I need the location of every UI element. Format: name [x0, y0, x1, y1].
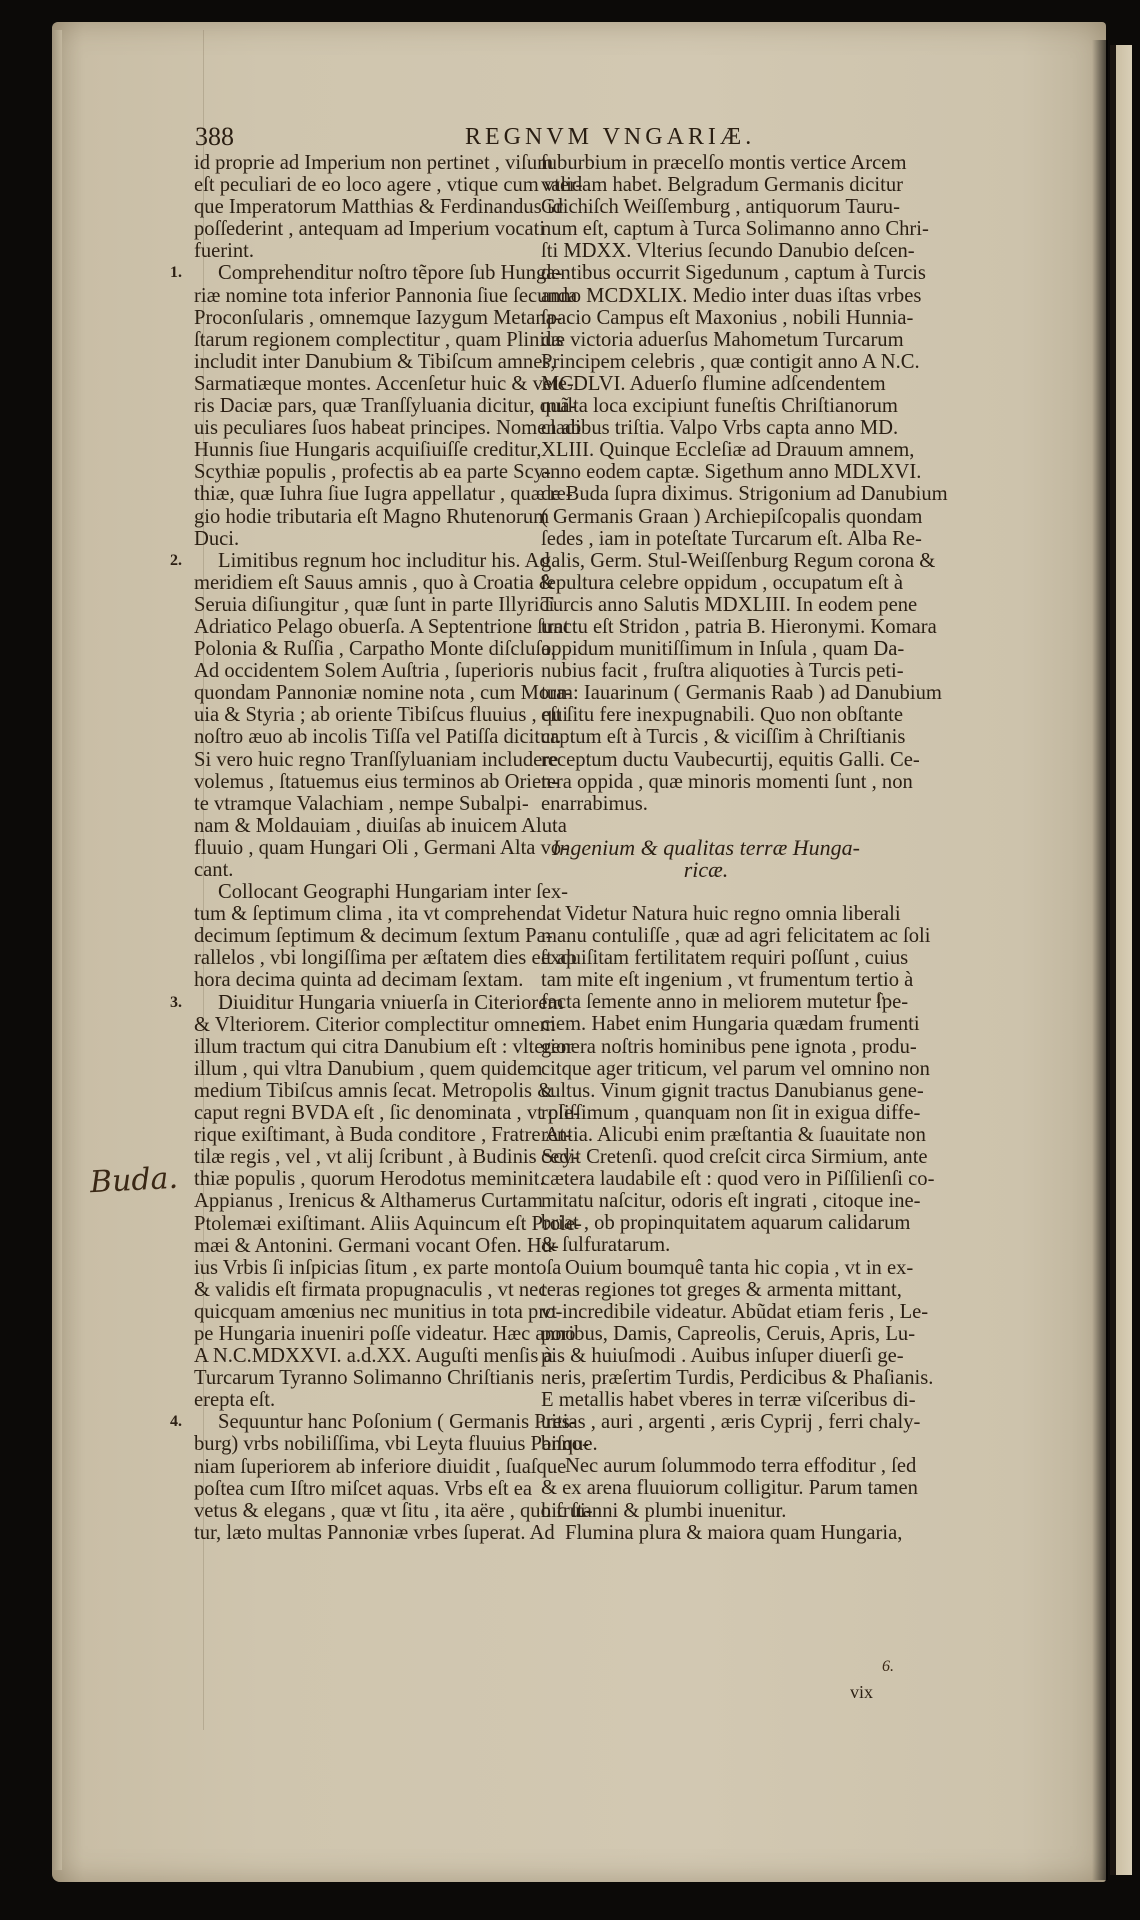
text-line: ciem. Habet enim Hungaria quædam frument…: [541, 1013, 871, 1035]
text-line: Hunnis ſiue Hungaris acquiſiuiſſe credit…: [194, 439, 516, 461]
text-line: rallelos , vbi longiſſima per æſtatem di…: [194, 947, 516, 969]
text-line: quicquam amœnius nec munitius in tota pr…: [194, 1301, 516, 1323]
text-line: Flumina plura & maiora quam Hungaria,: [541, 1522, 871, 1544]
text-line: Turcarum Tyranno Solimanno Chriſtianis: [194, 1367, 516, 1389]
text-line: anno eodem captæ. Sigethum anno MDLXVI.: [541, 461, 871, 483]
text-line: Ad occidentem Solem Auſtria , ſuperioris: [194, 660, 516, 682]
gutter-shadow: [1092, 40, 1108, 1880]
text-line: illum , qui vltra Danubium , quem quidem: [194, 1058, 516, 1080]
text-line: XLIII. Quinque Eccleſiæ ad Drauum amnem,: [541, 439, 871, 461]
text-line: mæi & Antonini. Germani vocant Ofen. Hu-: [194, 1235, 516, 1257]
paragraph-number: 3.: [170, 992, 182, 1014]
text-line: gio hodie tributaria eſt Magno Rhutenoru…: [194, 506, 516, 528]
text-line: tur, læto multas Pannoniæ vrbes ſuperat.…: [194, 1522, 516, 1544]
text-line: anno MCDXLIX. Medio inter duas iſtas vrb…: [541, 285, 871, 307]
text-line: & ex arena fluuiorum colligitur. Parum t…: [541, 1477, 871, 1499]
text-line: ius Vrbis ſi inſpicias ſitum , ex parte …: [194, 1257, 516, 1279]
text-line: E metallis habet vberes in terræ viſceri…: [541, 1389, 871, 1411]
text-line: eſt ſitu fere inexpugnabili. Quo non obſ…: [541, 704, 871, 726]
text-line: thiæ populis , quorum Herodotus meminit.: [194, 1168, 516, 1190]
text-line: poribus, Damis, Capreolis, Ceruis, Apris…: [541, 1323, 871, 1345]
text-line: tractu eſt Stridon , patria B. Hieronymi…: [541, 616, 871, 638]
text-line: validam habet. Belgradum Germanis dicitu…: [541, 174, 871, 196]
page-edge: [52, 30, 62, 1870]
text-line: galis, Germ. Stul-Weiſſenburg Regum coro…: [541, 550, 871, 572]
running-title: REGNVM VNGARIÆ.: [465, 124, 755, 151]
text-line: multa loca excipiunt funeſtis Chriſtiano…: [541, 395, 871, 417]
text-line: nam & Moldauiam , diuiſas ab inuicem Alu…: [194, 815, 516, 837]
text-line: A N.C.MDXXVI. a.d.XX. Auguſti menſis à: [194, 1345, 516, 1367]
text-line: Scythiæ populis , profectis ab ea parte …: [194, 461, 516, 483]
signature-mark: 6.: [882, 1658, 894, 1676]
text-line: cladibus triſtia. Valpo Vrbs capta anno …: [541, 417, 871, 439]
text-line: manu contuliſſe , quæ ad agri felicitate…: [541, 925, 871, 947]
paragraph-number: 2.: [170, 550, 182, 572]
text-line: Sequuntur hanc Poſonium ( Germanis Pres-: [194, 1411, 516, 1433]
text-line: Appianus , Irenicus & Althamerus Curtam: [194, 1190, 516, 1212]
text-line: pis & huiuſmodi . Auibus inſuper diuerſi…: [541, 1345, 871, 1367]
page-number: 388: [195, 122, 234, 152]
text-line: rique exiſtimant, à Buda conditore , Fra…: [194, 1124, 516, 1146]
text-line: roſiſſimum , quanquam non ſit in exigua …: [541, 1102, 871, 1124]
text-line: vt incredibile videatur. Abũdat etiam fe…: [541, 1301, 871, 1323]
text-line: cultus. Vinum gignit tractus Danubianus …: [541, 1080, 871, 1102]
text-line: tilæ regis , vel , vt alij ſcribunt , à …: [194, 1146, 516, 1168]
text-line: fuerint.: [194, 240, 516, 262]
text-line: tum: Iauarinum ( Germanis Raab ) ad Danu…: [541, 682, 871, 704]
text-line: Duci.: [194, 528, 516, 550]
text-line: Sarmatiæque montes. Accenſetur huic & ve…: [194, 373, 516, 395]
paragraph-number: 4.: [170, 1411, 182, 1433]
text-line: Si vero huic regno Tranſſyluaniam includ…: [194, 749, 516, 771]
text-line: teras regiones tot greges & armenta mitt…: [541, 1279, 871, 1301]
text-line: eſt peculiari de eo loco agere , vtique …: [194, 174, 516, 196]
text-line: tum & ſeptimum clima , ita vt comprehend…: [194, 903, 516, 925]
text-line: neris, præſertim Turdis, Perdicibus & Ph…: [541, 1367, 871, 1389]
text-line: num eſt, captum à Turca Solimanno anno C…: [541, 218, 871, 240]
text-line: dæ victoria aduerſus Mahometum Turcarum: [541, 329, 871, 351]
text-line: Collocant Geographi Hungariam inter ſex-: [194, 881, 516, 903]
text-line: nubius facit , fruſtra aliquoties à Turc…: [541, 660, 871, 682]
text-line: Principem celebris , quæ contigit anno A…: [541, 351, 871, 373]
text-line: captum eſt à Turcis , & viciſſim à Chriſ…: [541, 726, 871, 748]
text-line: cedit Cretenſi. quod creſcit circa Sirmi…: [541, 1146, 871, 1168]
right-column: ſuburbium in præcelſo montis vertice Arc…: [541, 152, 871, 1544]
text-line: uitias , auri , argenti , æris Cyprij , …: [541, 1411, 871, 1433]
paragraph-number: 1.: [170, 262, 182, 284]
text-line: cætera laudabile eſt : quod vero in Piſſ…: [541, 1168, 871, 1190]
text-line: Comprehenditur noſtro tẽpore ſub Hunga-: [194, 262, 516, 284]
text-line: ſedes , iam in poteſtate Turcarum eſt. A…: [541, 528, 871, 550]
section-heading: ricæ.: [541, 859, 871, 881]
text-line: MCDLVI. Aduerſo flumine adſcendentem: [541, 373, 871, 395]
text-line: hora decima quinta ad decimam ſextam.: [194, 969, 516, 991]
text-line: genera noſtris hominibus pene ignota , p…: [541, 1036, 871, 1058]
text-line: medium Tibiſcus amnis ſecat. Metropolis …: [194, 1080, 516, 1102]
text-line: caput regni BVDA eſt , ſic denominata , …: [194, 1102, 516, 1124]
text-line: Proconſularis , omnemque Iazygum Metana-: [194, 307, 516, 329]
text-line: uia & Styria ; ab oriente Tibiſcus fluui…: [194, 704, 516, 726]
text-line: poſſederint , antequam ad Imperium vocat…: [194, 218, 516, 240]
text-line: enarrabimus.: [541, 793, 871, 815]
text-line: hic ſtanni & plumbi inuenitur.: [541, 1500, 871, 1522]
text-line: Turcis anno Salutis MDXLIII. In eodem pe…: [541, 594, 871, 616]
text-line: exquiſitam fertilitatem requiri poſſunt …: [541, 947, 871, 969]
text-line: Videtur Natura huic regno omnia liberali: [541, 903, 871, 925]
text-line: ris Daciæ pars, quæ Tranſſyluania dicitu…: [194, 395, 516, 417]
text-line: mitatu naſcitur, odoris eſt ingrati , ci…: [541, 1190, 871, 1212]
text-line: id proprie ad Imperium non pertinet , vi…: [194, 152, 516, 174]
text-line: fluuio , quam Hungari Oli , Germani Alta…: [194, 837, 516, 859]
text-line: dentibus occurrit Sigedunum , captum à T…: [541, 262, 871, 284]
page-header: 388 REGNVM VNGARIÆ.: [195, 122, 885, 154]
text-line: poſtea cum Iſtro miſcet aquas. Vrbs eſt …: [194, 1478, 516, 1500]
text-line: oppidum munitiſſimum in Inſula , quam Da…: [541, 638, 871, 660]
text-line: ſtarum regionem complectitur , quam Plin…: [194, 329, 516, 351]
left-column: id proprie ad Imperium non pertinet , vi…: [194, 152, 516, 1544]
text-line: que Imperatorum Matthias & Ferdinandus i…: [194, 196, 516, 218]
next-page-edge: [1110, 45, 1132, 1875]
text-line: tam mite eſt ingenium , vt frumentum ter…: [541, 969, 871, 991]
text-line: receptum ductu Vaubecurtij, equitis Gall…: [541, 749, 871, 771]
text-line: pe Hungaria inueniri poſſe videatur. Hæc…: [194, 1323, 516, 1345]
text-line: meridiem eſt Sauus amnis , quo à Croatia…: [194, 572, 516, 594]
text-line: riæ nomine tota inferior Pannonia ſiue ſ…: [194, 285, 516, 307]
handwritten-margin-note: Buda.: [89, 1161, 179, 1201]
text-line: volemus , ſtatuemus eius terminos ab Ori…: [194, 771, 516, 793]
text-line: Seruia diſiungitur , quæ ſunt in parte I…: [194, 594, 516, 616]
text-line: illum tractum qui citra Danubium eſt : v…: [194, 1036, 516, 1058]
text-line: te vtramque Valachiam , nempe Subalpi-: [194, 793, 516, 815]
text-line: Ptolemæi exiſtimant. Aliis Aquincum eſt …: [194, 1213, 516, 1235]
text-line: includit inter Danubium & Tibiſcum amnes…: [194, 351, 516, 373]
text-line: de Buda ſupra diximus. Strigonium ad Dan…: [541, 483, 871, 505]
text-line: ( Germanis Graan ) Archiepiſcopalis quon…: [541, 506, 871, 528]
text-line: burg) vrbs nobiliſſima, vbi Leyta fluuiu…: [194, 1433, 516, 1455]
text-line: Adriatico Pelago obuerſa. A Septentrione…: [194, 616, 516, 638]
text-line: thiæ, quæ Iuhra ſiue Iugra appellatur , …: [194, 483, 516, 505]
text-line: ſepultura celebre oppidum , occupatum eſ…: [541, 572, 871, 594]
text-line: biſque.: [541, 1433, 871, 1455]
text-line: ſuburbium in præcelſo montis vertice Arc…: [541, 152, 871, 174]
text-line: Ouium boumquê tanta hic copia , vt in ex…: [541, 1257, 871, 1279]
text-line: ſpacio Campus eſt Maxonius , nobili Hunn…: [541, 307, 871, 329]
text-line: ſti MDXX. Vlterius ſecundo Danubio deſce…: [541, 240, 871, 262]
text-line: facta ſemente anno in meliorem mutetur ſ…: [541, 991, 871, 1013]
text-line: quondam Pannoniæ nomine nota , cum Mora-: [194, 682, 516, 704]
text-line: Limitibus regnum hoc includitur his. Ad: [194, 550, 516, 572]
text-line: uis peculiares ſuos habeat principes. No…: [194, 417, 516, 439]
text-line: cant.: [194, 859, 516, 881]
text-line: vetus & elegans , quæ vt ſitu , ita aëre…: [194, 1500, 516, 1522]
spacer: [541, 815, 871, 837]
text-line: noſtro æuo ab incolis Tiſſa vel Patiſſa …: [194, 726, 516, 748]
text-line: briat , ob propinquitatem aquarum calida…: [541, 1212, 871, 1234]
text-line: rentia. Alicubi enim præſtantia & ſuauit…: [541, 1124, 871, 1146]
text-line: Grichiſch Weiſſemburg , antiquorum Tauru…: [541, 196, 871, 218]
section-heading: Ingenium & qualitas terræ Hunga-: [541, 837, 871, 859]
text-line: Diuiditur Hungaria vniuerſa in Citeriore…: [194, 992, 516, 1014]
text-line: decimum ſeptimum & decimum ſextum Pa-: [194, 925, 516, 947]
text-line: citque ager triticum, vel parum vel omni…: [541, 1058, 871, 1080]
text-line: & ſulfuratarum.: [541, 1234, 871, 1256]
catchword: vix: [850, 1682, 873, 1703]
text-line: tera oppida , quæ minoris momenti ſunt ,…: [541, 771, 871, 793]
spacer: [541, 881, 871, 903]
text-line: niam ſuperiorem ab inferiore diuidit , ſ…: [194, 1456, 516, 1478]
text-line: Nec aurum ſolummodo terra effoditur , ſe…: [541, 1455, 871, 1477]
text-line: & validis eſt firmata propugnaculis , vt…: [194, 1279, 516, 1301]
text-line: erepta eſt.: [194, 1389, 516, 1411]
text-line: & Vlteriorem. Citerior complectitur omne…: [194, 1014, 516, 1036]
text-line: Polonia & Ruſſia , Carpatho Monte diſclu…: [194, 638, 516, 660]
